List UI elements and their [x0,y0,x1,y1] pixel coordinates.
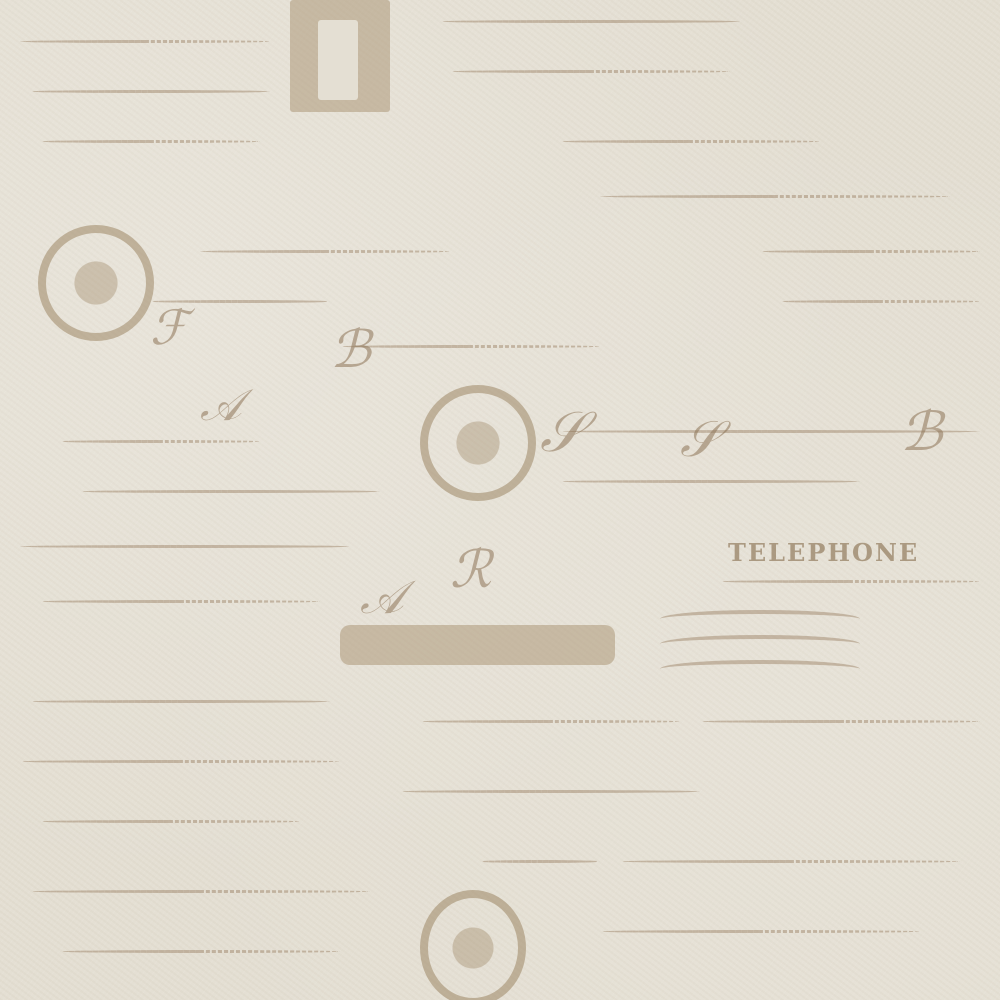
script-line [760,250,980,253]
script-line [40,600,320,603]
script-line [480,860,600,863]
seal-stamp-left [38,225,154,341]
flourish-script: 𝒮 [540,400,584,466]
script-line [450,70,730,73]
script-line [30,700,330,703]
banner-motif [340,625,615,665]
seal-stamp-bottom [420,890,526,1000]
script-line [30,890,370,893]
script-line [700,720,980,723]
script-line [200,250,450,253]
script-line [720,580,980,583]
script-line [600,195,950,198]
script-line [420,720,680,723]
script-line [620,860,960,863]
script-line [30,90,270,93]
script-line [340,345,600,348]
postmark-wave [660,610,860,628]
script-line [20,760,340,763]
telephone-label: TELEPHONE [728,538,919,567]
script-line [20,545,350,548]
flourish-script: ℛ [450,540,493,600]
script-line [80,490,380,493]
carpet-texture: TELEPHONE ℬ 𝒮 𝒮 ℛ 𝒜 ℱ ℬ 𝒜 [0,0,1000,1000]
script-line [780,300,980,303]
script-line [560,140,820,143]
postmark-wave [660,635,860,653]
flourish-script: ℱ [150,300,189,356]
script-line [60,440,260,443]
script-line [560,480,860,483]
script-line [40,140,260,143]
seal-stamp-center [420,385,536,501]
script-line [600,930,920,933]
flourish-script: 𝒜 [200,380,243,431]
flourish-script: 𝒮 [680,410,720,469]
postmark-wave [660,660,860,678]
script-line [60,950,340,953]
script-line [400,790,700,793]
script-line [40,820,300,823]
flourish-script: 𝒜 [360,570,405,626]
flourish-script: ℬ [900,400,943,463]
flourish-script: ℬ [330,320,372,380]
script-line [440,20,740,23]
script-line [20,40,270,43]
block-motif-inner [318,20,358,100]
